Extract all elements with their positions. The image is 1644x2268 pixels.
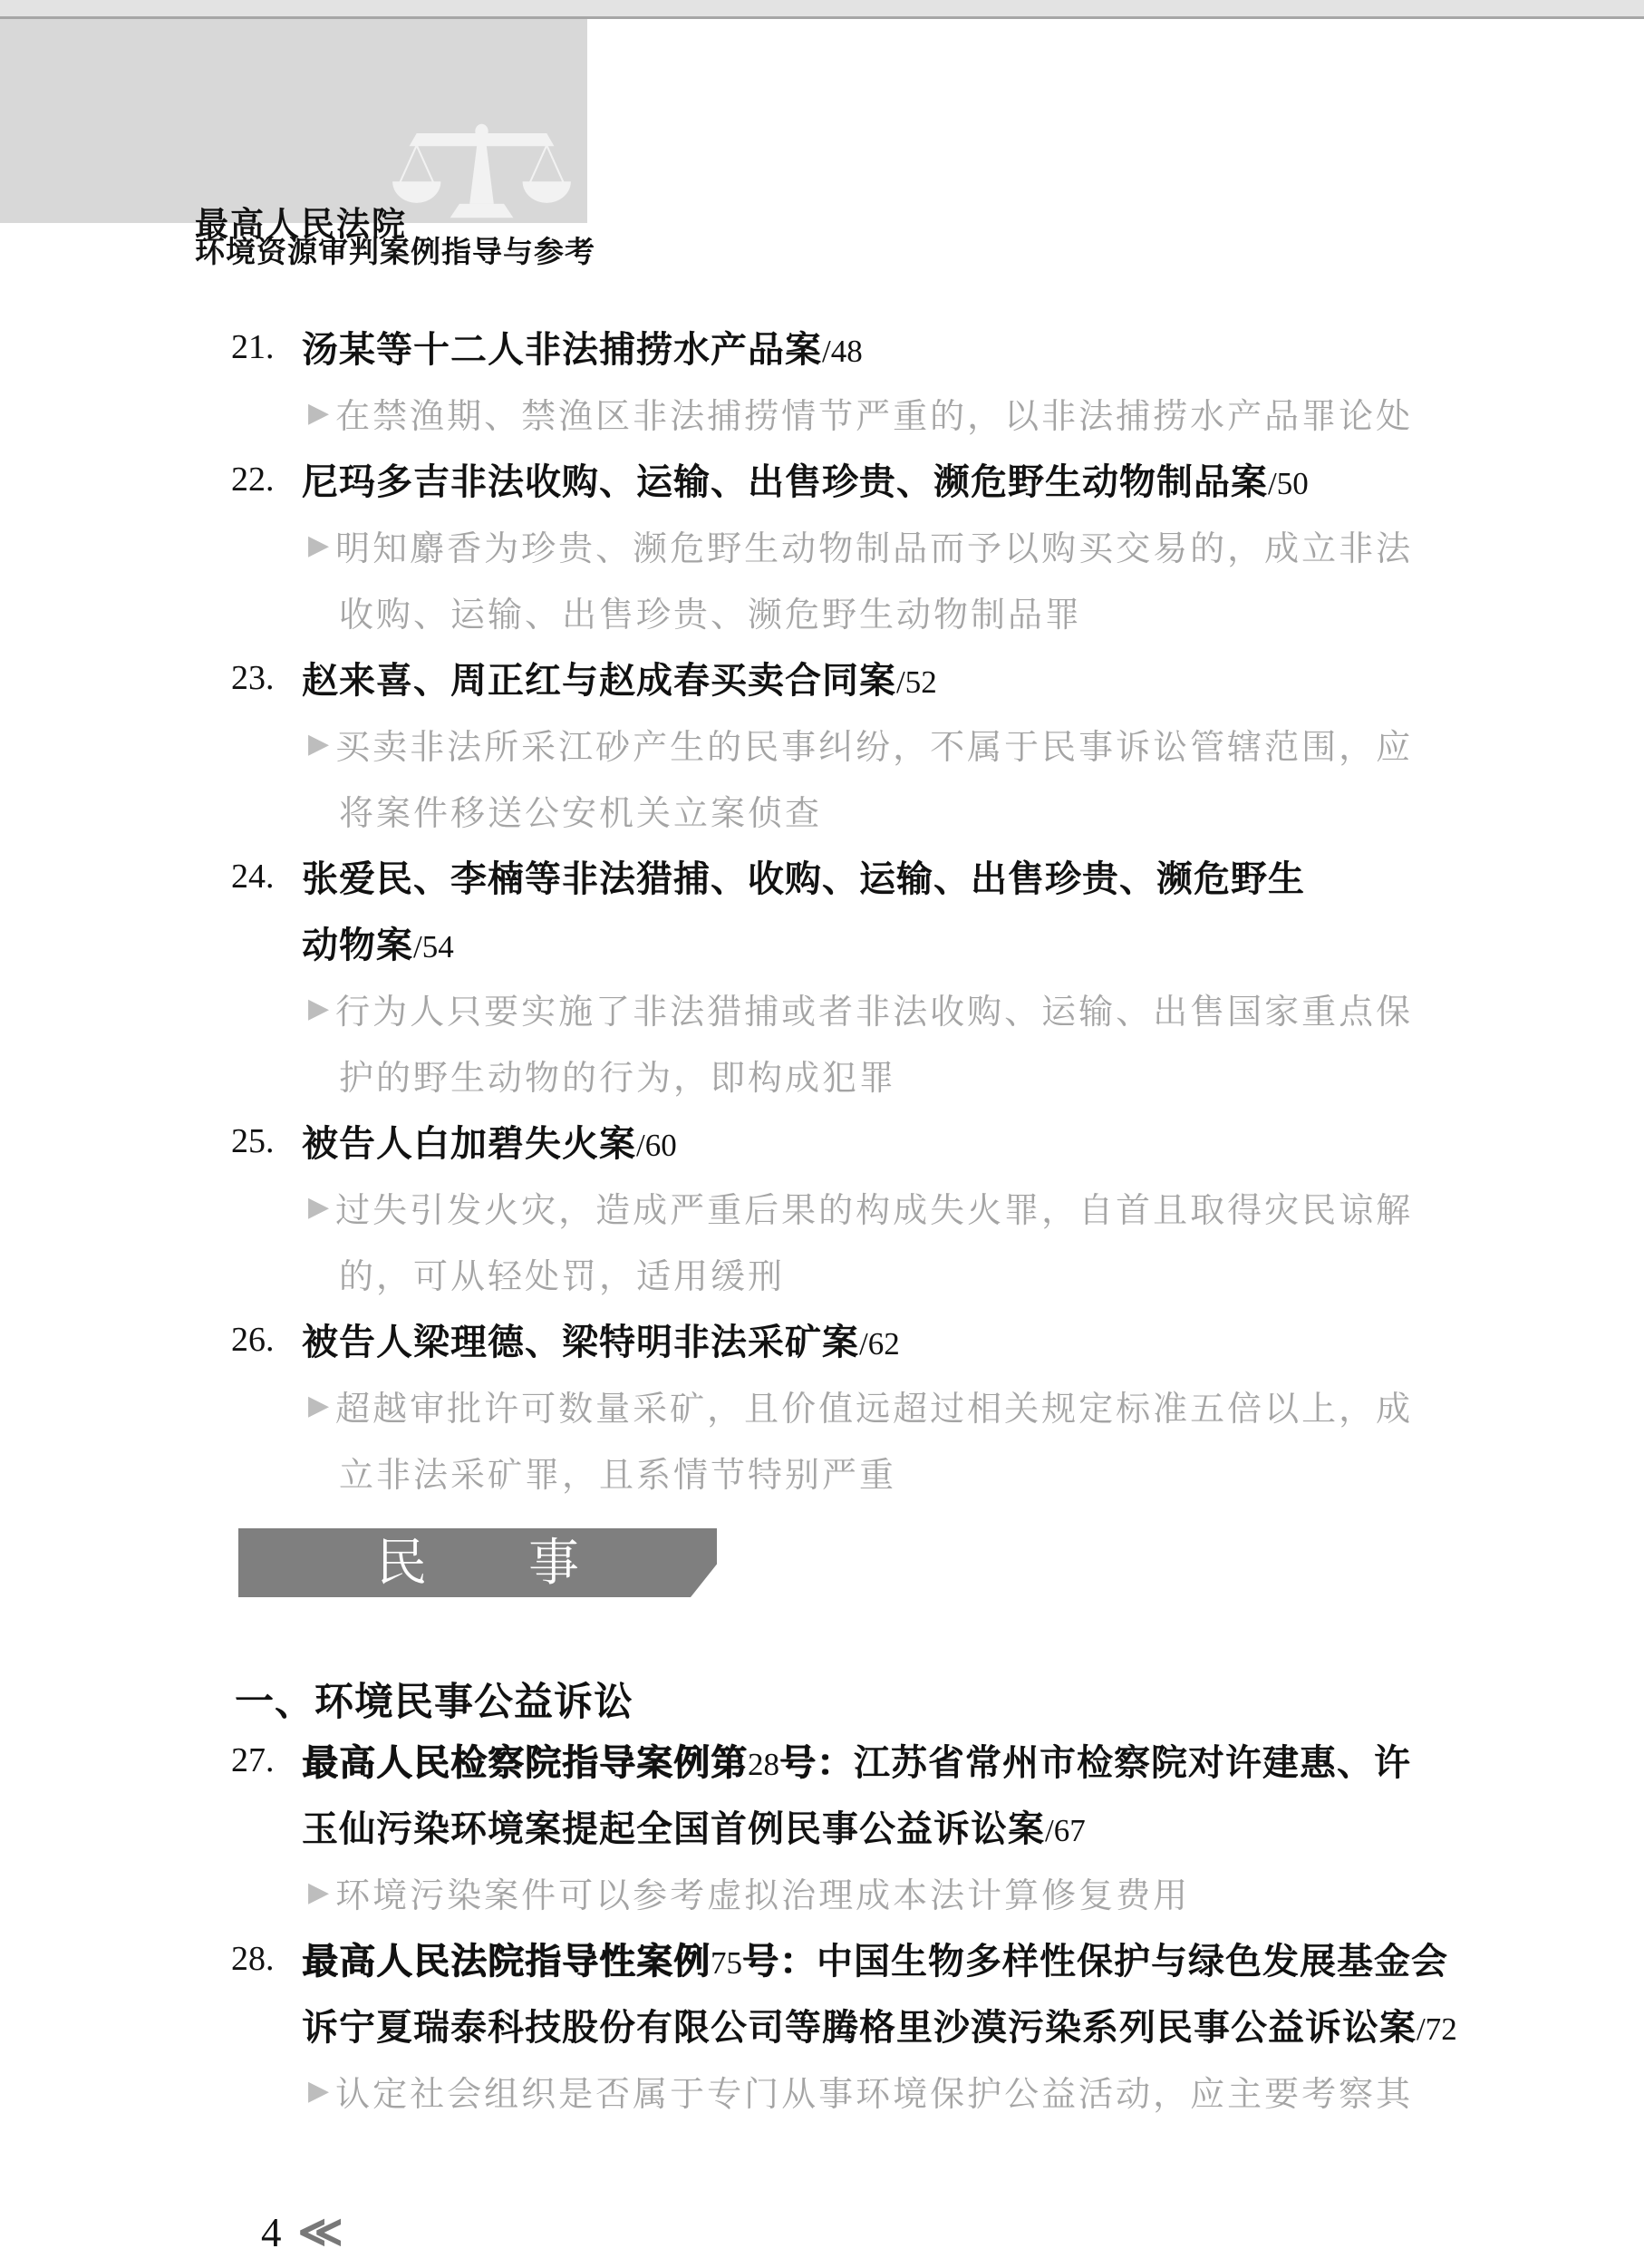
item-page-number: /48 <box>822 334 863 370</box>
item-page-number: 28 <box>748 1747 779 1783</box>
note-line: ▶超越审批许可数量采矿，且价值远超过相关规定标准五倍以上，成 <box>231 1372 1414 1439</box>
item-title-text: 号： <box>742 1933 817 1984</box>
note-text: 护的野生动物的行为，即构成犯罪 <box>339 1050 896 1100</box>
item-title-line: 赵来喜、周正红与赵成春买卖合同案/52 <box>302 652 937 703</box>
item-page-number: 75 <box>711 1945 742 1982</box>
item-title-text: 被告人白加碧失火案 <box>302 1115 636 1167</box>
item-page-number: /72 <box>1417 2011 1457 2048</box>
item-title-row: 玉仙污染环境案提起全国首例民事公益诉讼案/67 <box>231 1793 1414 1859</box>
note-text: 收购、运输、出售珍贵、濒危野生动物制品罪 <box>339 586 1082 636</box>
item-title-row: 24.张爱民、李楠等非法猎捕、收购、运输、出售珍贵、濒危野生 <box>231 843 1414 909</box>
item-number: 27. <box>231 1740 302 1780</box>
note-line: ▶认定社会组织是否属于专门从事环境保护公益活动，应主要考察其 <box>231 2058 1414 2124</box>
item-title-row: 26.被告人梁理德、梁特明非法采矿案/62 <box>231 1306 1414 1372</box>
note-text: 在禁渔期、禁渔区非法捕捞情节严重的，以非法捕捞水产品罪论处 <box>335 388 1413 438</box>
top-strip <box>0 0 1644 19</box>
toc-item: 25.被告人白加碧失火案/60▶过失引发火灾，造成严重后果的构成失火罪，自首且取… <box>231 1108 1414 1306</box>
item-title-text: 汤某等十二人非法捕捞水产品案 <box>302 321 822 373</box>
note-line: 立非法采矿罪，且系情节特别严重 <box>231 1439 1414 1505</box>
note-arrow-icon: ▶ <box>308 529 329 561</box>
item-title-text: 被告人梁理德、梁特明非法采矿案 <box>302 1313 859 1365</box>
item-title-text: 最高人民检察院指导案例第 <box>302 1734 748 1786</box>
item-number: 26. <box>231 1320 302 1360</box>
note-text: 将案件移送公安机关立案侦查 <box>339 785 822 835</box>
toc-item: 23.赵来喜、周正红与赵成春买卖合同案/52▶买卖非法所采江砂产生的民事纠纷，不… <box>231 645 1414 843</box>
note-text: 环境污染案件可以参考虚拟治理成本法计算修复费用 <box>335 1867 1190 1917</box>
toc-page: 最高人民法院 环境资源审判案例指导与参考 21.汤某等十二人非法捕捞水产品案/4… <box>0 0 1644 2268</box>
section-heading: 一、环境民事公益诉讼 <box>235 1672 1414 1727</box>
note-line: ▶在禁渔期、禁渔区非法捕捞情节严重的，以非法捕捞水产品罪论处 <box>231 380 1414 446</box>
toc-item: 28.最高人民法院指导性案例 75 号：中国生物多样性保护与绿色发展基金会诉宁夏… <box>231 1925 1414 2124</box>
toc-item: 24.张爱民、李楠等非法猎捕、收购、运输、出售珍贵、濒危野生动物案/54▶行为人… <box>231 843 1414 1108</box>
note-arrow-icon: ▶ <box>308 397 329 429</box>
item-title-row: 27.最高人民检察院指导案例第 28 号：江苏省常州市检察院对许建惠、许 <box>231 1727 1414 1793</box>
scales-of-justice-icon <box>389 123 575 221</box>
item-title-row: 28.最高人民法院指导性案例 75 号：中国生物多样性保护与绿色发展基金会 <box>231 1925 1414 1992</box>
item-title-text: 号： <box>779 1734 854 1786</box>
item-title-text: 赵来喜、周正红与赵成春买卖合同案 <box>302 652 896 703</box>
note-text: 过失引发火灾，造成严重后果的构成失火罪，自首且取得灾民谅解 <box>335 1182 1413 1232</box>
item-title-row: 25.被告人白加碧失火案/60 <box>231 1108 1414 1174</box>
page-footer: 4 ≪ <box>261 2206 343 2257</box>
item-title-line: 尼玛多吉非法收购、运输、出售珍贵、濒危野生动物制品案/50 <box>302 453 1309 505</box>
item-title-line: 动物案/54 <box>302 916 454 968</box>
item-title-text: 中国生物多样性保护与绿色发展基金会 <box>817 1933 1448 1984</box>
item-title-row: 23.赵来喜、周正红与赵成春买卖合同案/52 <box>231 645 1414 711</box>
note-line: 护的野生动物的行为，即构成犯罪 <box>231 1042 1414 1108</box>
item-title-text: 江苏省常州市检察院对许建惠、许 <box>854 1734 1411 1786</box>
item-title-text: 动物案 <box>302 916 413 968</box>
note-text: 明知麝香为珍贵、濒危野生动物制品而予以购买交易的，成立非法 <box>335 520 1413 570</box>
item-title-text: 尼玛多吉非法收购、运输、出售珍贵、濒危野生动物制品案 <box>302 453 1268 505</box>
item-title-text: 张爱民、李楠等非法猎捕、收购、运输、出售珍贵、濒危野生 <box>302 850 1305 902</box>
item-title-row: 动物案/54 <box>231 909 1414 975</box>
note-text: 立非法采矿罪，且系情节特别严重 <box>339 1447 896 1497</box>
note-text: 行为人只要实施了非法猎捕或者非法收购、运输、出售国家重点保 <box>335 984 1413 1033</box>
item-page-number: /52 <box>896 664 937 701</box>
item-number: 28. <box>231 1939 302 1979</box>
item-number: 23. <box>231 658 302 698</box>
item-title-row: 21.汤某等十二人非法捕捞水产品案/48 <box>231 314 1414 380</box>
header-block: 最高人民法院 <box>0 19 587 223</box>
item-title-line: 被告人梁理德、梁特明非法采矿案/62 <box>302 1313 900 1365</box>
item-title-line: 张爱民、李楠等非法猎捕、收购、运输、出售珍贵、濒危野生 <box>302 850 1305 902</box>
note-arrow-icon: ▶ <box>308 1390 329 1421</box>
item-page-number: /60 <box>636 1128 677 1164</box>
note-arrow-icon: ▶ <box>308 728 329 760</box>
item-title-line: 诉宁夏瑞泰科技股份有限公司等腾格里沙漠污染系列民事公益诉讼案/72 <box>302 1999 1457 2050</box>
item-number: 22. <box>231 460 302 499</box>
item-title-line: 玉仙污染环境案提起全国首例民事公益诉讼案/67 <box>302 1800 1086 1852</box>
item-page-number: /62 <box>859 1326 900 1362</box>
item-page-number: /54 <box>413 929 454 965</box>
note-arrow-icon: ▶ <box>308 1191 329 1223</box>
item-title-text: 玉仙污染环境案提起全国首例民事公益诉讼案 <box>302 1800 1045 1852</box>
item-title-row: 诉宁夏瑞泰科技股份有限公司等腾格里沙漠污染系列民事公益诉讼案/72 <box>231 1992 1414 2058</box>
note-line: ▶行为人只要实施了非法猎捕或者非法收购、运输、出售国家重点保 <box>231 975 1414 1042</box>
note-arrow-icon: ▶ <box>308 993 329 1024</box>
note-line: ▶环境污染案件可以参考虚拟治理成本法计算修复费用 <box>231 1859 1414 1925</box>
note-text: 买卖非法所采江砂产生的民事纠纷，不属于民事诉讼管辖范围，应 <box>335 719 1413 769</box>
item-number: 25. <box>231 1121 302 1161</box>
note-arrow-icon: ▶ <box>308 1876 329 1908</box>
toc-item: 26.被告人梁理德、梁特明非法采矿案/62▶超越审批许可数量采矿，且价值远超过相… <box>231 1306 1414 1505</box>
item-page-number: /50 <box>1268 466 1309 502</box>
page-number: 4 <box>261 2209 282 2256</box>
double-chevron-icon: ≪ <box>298 2206 343 2257</box>
section-banner-label: 民 事 <box>376 1537 579 1588</box>
note-arrow-icon: ▶ <box>308 2075 329 2107</box>
item-title-line: 最高人民检察院指导案例第 28 号：江苏省常州市检察院对许建惠、许 <box>302 1734 1411 1786</box>
note-line: 将案件移送公安机关立案侦查 <box>231 777 1414 843</box>
item-title-text: 诉宁夏瑞泰科技股份有限公司等腾格里沙漠污染系列民事公益诉讼案 <box>302 1999 1417 2050</box>
toc-item: 27.最高人民检察院指导案例第 28 号：江苏省常州市检察院对许建惠、许玉仙污染… <box>231 1727 1414 1925</box>
note-line: ▶过失引发火灾，造成严重后果的构成失火罪，自首且取得灾民谅解 <box>231 1174 1414 1240</box>
item-number: 24. <box>231 857 302 897</box>
item-number: 21. <box>231 327 302 367</box>
note-line: 的，可从轻处罚，适用缓刑 <box>231 1240 1414 1306</box>
item-title-line: 被告人白加碧失火案/60 <box>302 1115 677 1167</box>
item-title-text: 最高人民法院指导性案例 <box>302 1933 711 1984</box>
note-text: 超越审批许可数量采矿，且价值远超过相关规定标准五倍以上，成 <box>335 1381 1413 1430</box>
item-title-line: 汤某等十二人非法捕捞水产品案/48 <box>302 321 863 373</box>
item-title-line: 最高人民法院指导性案例 75 号：中国生物多样性保护与绿色发展基金会 <box>302 1933 1448 1984</box>
note-text: 认定社会组织是否属于专门从事环境保护公益活动，应主要考察其 <box>335 2066 1413 2116</box>
toc-list: 21.汤某等十二人非法捕捞水产品案/48▶在禁渔期、禁渔区非法捕捞情节严重的，以… <box>231 314 1414 2124</box>
note-text: 的，可从轻处罚，适用缓刑 <box>339 1248 785 1298</box>
item-page-number: /67 <box>1045 1813 1086 1849</box>
note-line: ▶买卖非法所采江砂产生的民事纠纷，不属于民事诉讼管辖范围，应 <box>231 711 1414 777</box>
toc-item: 21.汤某等十二人非法捕捞水产品案/48▶在禁渔期、禁渔区非法捕捞情节严重的，以… <box>231 314 1414 446</box>
item-title-row: 22.尼玛多吉非法收购、运输、出售珍贵、濒危野生动物制品案/50 <box>231 446 1414 512</box>
note-line: ▶明知麝香为珍贵、濒危野生动物制品而予以购买交易的，成立非法 <box>231 512 1414 578</box>
book-title: 环境资源审判案例指导与参考 <box>195 228 595 271</box>
note-line: 收购、运输、出售珍贵、濒危野生动物制品罪 <box>231 578 1414 645</box>
section-banner: 民 事 <box>238 1528 717 1597</box>
toc-item: 22.尼玛多吉非法收购、运输、出售珍贵、濒危野生动物制品案/50▶明知麝香为珍贵… <box>231 446 1414 645</box>
